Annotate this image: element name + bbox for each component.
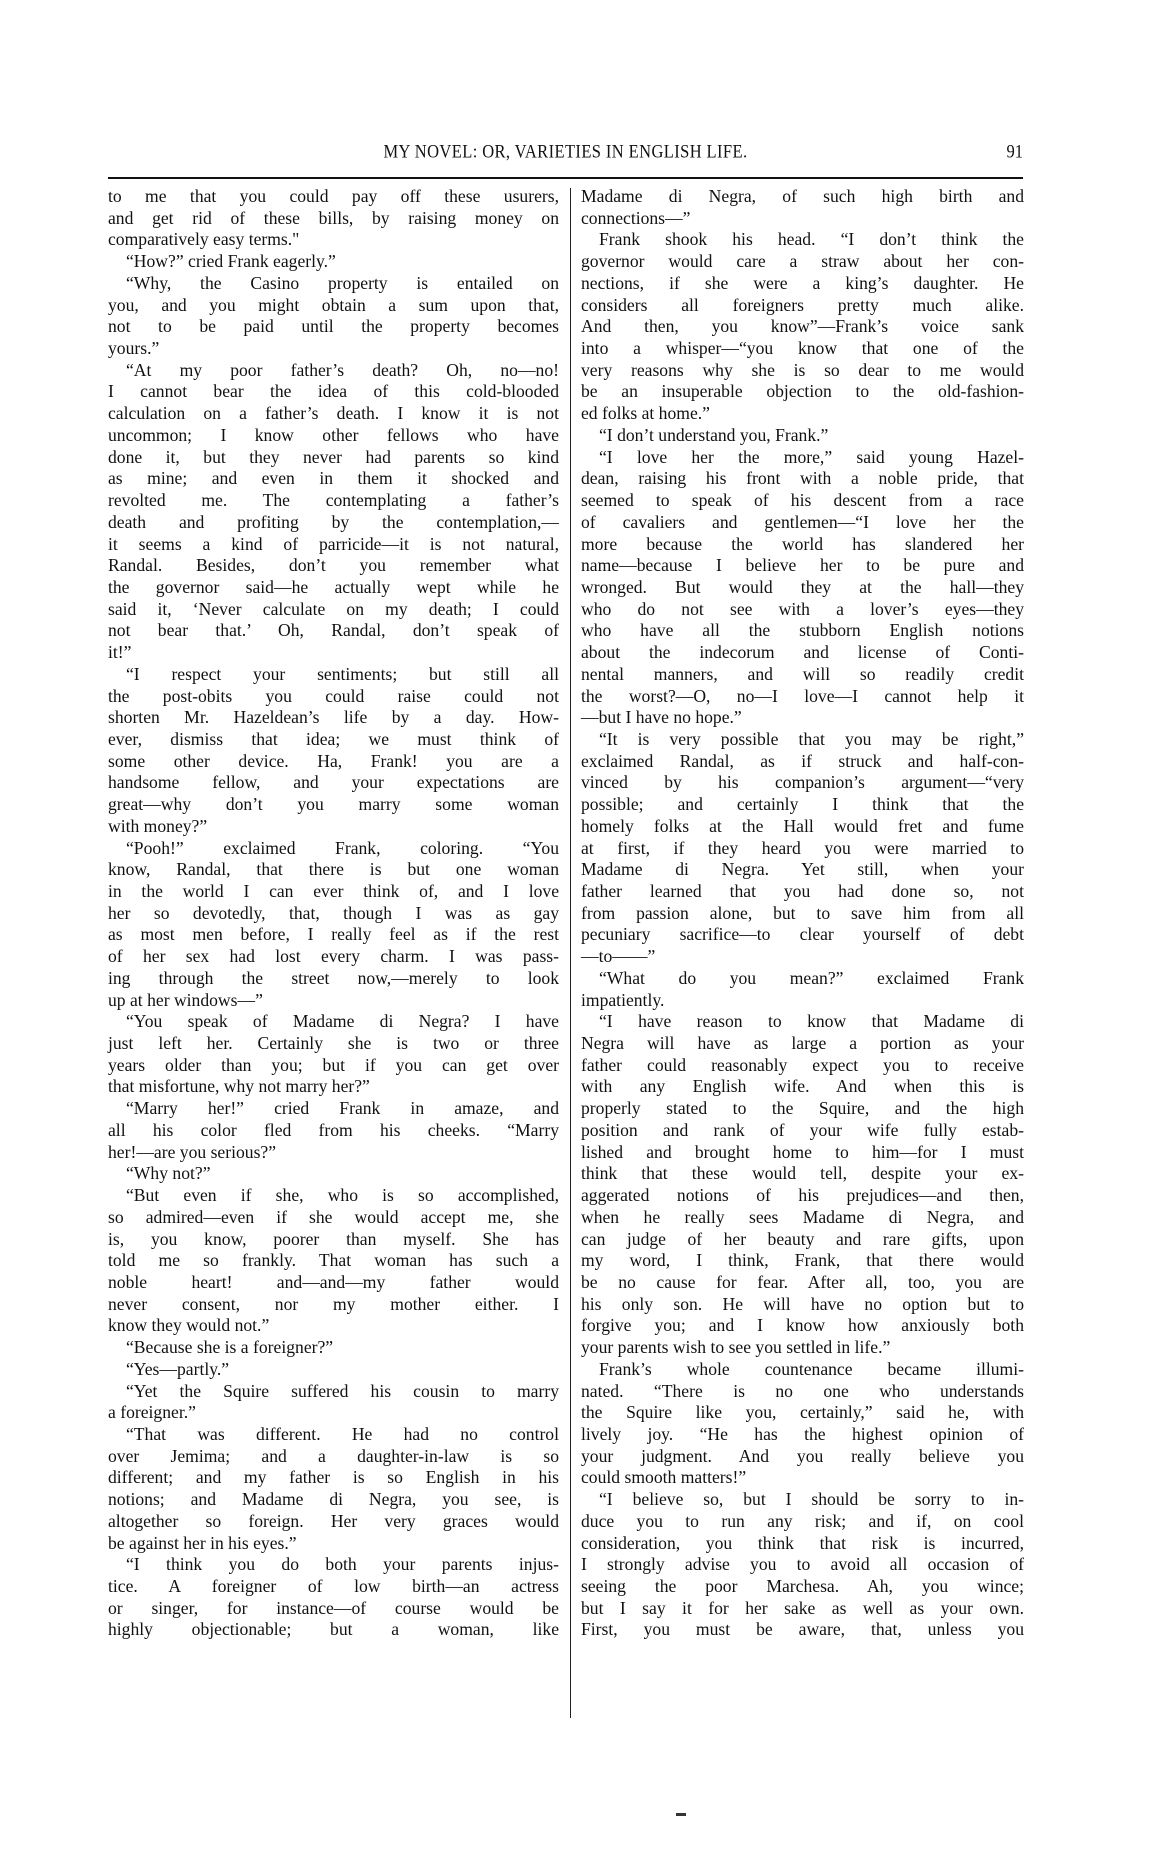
text-line: handsome fellow, and your expectations a… (108, 772, 559, 794)
text-line: vinced by his companion’s argument—“very (581, 772, 1024, 794)
page-number: 91 (1007, 140, 1024, 163)
text-line: years older than you; but if you can get… (108, 1055, 559, 1077)
text-line: “Why not?” (108, 1163, 559, 1185)
text-line: never consent, nor my mother either. I (108, 1294, 559, 1316)
text-line: Negra will have as large a portion as yo… (581, 1033, 1024, 1055)
text-line: lished and brought home to him—for I mus… (581, 1142, 1024, 1164)
text-line: his only son. He will have no option but… (581, 1294, 1024, 1316)
text-line: yours.” (108, 338, 559, 360)
text-line: your judgment. And you really believe yo… (581, 1446, 1024, 1468)
text-line: of cavaliers and gentlemen—“I love her t… (581, 512, 1024, 534)
text-line: aggerated notions of his prejudices—and … (581, 1185, 1024, 1207)
text-line: tice. A foreigner of low birth—an actres… (108, 1576, 559, 1598)
text-line: nections, if she were a king’s daughter.… (581, 273, 1024, 295)
text-line: notions; and Madame di Negra, you see, i… (108, 1489, 559, 1511)
text-line: some other device. Ha, Frank! you are a (108, 751, 559, 773)
text-line: Randal. Besides, don’t you remember what (108, 555, 559, 577)
text-line: think that these would tell, despite you… (581, 1163, 1024, 1185)
text-line: “Because she is a foreigner?” (108, 1337, 559, 1359)
text-line: be an insuperable objection to the old-f… (581, 381, 1024, 403)
text-line: it seems a kind of parricide—it is not n… (108, 534, 559, 556)
text-line: seemed to speak of his descent from a ra… (581, 490, 1024, 512)
left-column: to me that you could pay off these usure… (108, 186, 559, 1641)
text-line: not bear that.’ Oh, Randal, don’t speak … (108, 620, 559, 642)
text-line: “Pooh!” exclaimed Frank, coloring. “You (108, 838, 559, 860)
text-line: into a whisper—“you know that one of the (581, 338, 1024, 360)
text-line: wronged. But would they at the hall—they (581, 577, 1024, 599)
text-line: with any English wife. And when this is (581, 1076, 1024, 1098)
text-line: who do not see with a lover’s eyes—they (581, 599, 1024, 621)
text-line: as mine; and even in them it shocked and (108, 468, 559, 490)
text-line: a foreigner.” (108, 1402, 559, 1424)
text-line: the Squire like you, certainly,” said he… (581, 1402, 1024, 1424)
text-line: to me that you could pay off these usure… (108, 186, 559, 208)
text-line: properly stated to the Squire, and the h… (581, 1098, 1024, 1120)
text-line: “Yes—partly.” (108, 1359, 559, 1381)
text-line: death and profiting by the contemplation… (108, 512, 559, 534)
text-line: connections—” (581, 208, 1024, 230)
text-line: the worst?—O, no—I love—I cannot help it (581, 686, 1024, 708)
text-line: in the world I can ever think of, and I … (108, 881, 559, 903)
text-line: “What do you mean?” exclaimed Frank (581, 968, 1024, 990)
header-rule (108, 177, 1023, 179)
text-line: Frank’s whole countenance became illumi- (581, 1359, 1024, 1381)
text-line: “I respect your sentiments; but still al… (108, 664, 559, 686)
text-line: uncommon; I know other fellows who have (108, 425, 559, 447)
text-line: Madame di Negra. Yet still, when your (581, 859, 1024, 881)
right-column: Madame di Negra, of such high birth andc… (581, 186, 1024, 1641)
text-line: over Jemima; and a daughter-in-law is so (108, 1446, 559, 1468)
text-line: as most men before, I really feel as if … (108, 924, 559, 946)
text-line: shorten Mr. Hazeldean’s life by a day. H… (108, 707, 559, 729)
print-smudge (676, 1813, 686, 1816)
text-line: with money?” (108, 816, 559, 838)
text-line: told me so frankly. That woman has such … (108, 1250, 559, 1272)
text-line: be against her in his eyes.” (108, 1533, 559, 1555)
text-line: “But even if she, who is so accomplished… (108, 1185, 559, 1207)
text-line: said it, ‘Never calculate on my death; I… (108, 599, 559, 621)
text-line: Madame di Negra, of such high birth and (581, 186, 1024, 208)
text-line: “Marry her!” cried Frank in amaze, and (108, 1098, 559, 1120)
text-line: nated. “There is no one who understands (581, 1381, 1024, 1403)
text-line: the governor said—he actually wept while… (108, 577, 559, 599)
text-line: her so devotedly, that, though I was as … (108, 903, 559, 925)
text-line: consideration, you think that risk is in… (581, 1533, 1024, 1555)
text-line: father learned that you had done so, not (581, 881, 1024, 903)
text-line: but I say it for her sake as well as you… (581, 1598, 1024, 1620)
text-line: it!” (108, 642, 559, 664)
text-line: could smooth matters!” (581, 1467, 1024, 1489)
text-line: —but I have no hope.” (581, 707, 1024, 729)
text-line: nental manners, and will so readily cred… (581, 664, 1024, 686)
text-line: homely folks at the Hall would fret and … (581, 816, 1024, 838)
text-line: calculation on a father’s death. I know … (108, 403, 559, 425)
text-line: dean, raising his front with a noble pri… (581, 468, 1024, 490)
text-line: different; and my father is so English i… (108, 1467, 559, 1489)
text-line: I cannot bear the idea of this cold-bloo… (108, 381, 559, 403)
text-line: —to——” (581, 946, 1024, 968)
text-line: comparatively easy terms." (108, 229, 559, 251)
text-line: “It is very possible that you may be rig… (581, 729, 1024, 751)
text-line: ed folks at home.” (581, 403, 1024, 425)
text-line: “I think you do both your parents injus- (108, 1554, 559, 1576)
text-line: more because the world has slandered her (581, 534, 1024, 556)
text-line: of her sex had lost every charm. I was p… (108, 946, 559, 968)
text-line: revolted me. The contemplating a father’… (108, 490, 559, 512)
text-line: know they would not.” (108, 1315, 559, 1337)
text-line: pecuniary sacrifice—to clear yourself of… (581, 924, 1024, 946)
text-line: ever, dismiss that idea; we must think o… (108, 729, 559, 751)
text-line: and get rid of these bills, by raising m… (108, 208, 559, 230)
text-line: lively joy. “He has the highest opinion … (581, 1424, 1024, 1446)
text-line: name—because I believe her to be pure an… (581, 555, 1024, 577)
text-line: very reasons why she is so dear to me wo… (581, 360, 1024, 382)
text-line: up at her windows—” (108, 990, 559, 1012)
text-line: Frank shook his head. “I don’t think the (581, 229, 1024, 251)
text-line: altogether so foreign. Her very graces w… (108, 1511, 559, 1533)
text-line: “You speak of Madame di Negra? I have (108, 1011, 559, 1033)
text-line: governor would care a straw about her co… (581, 251, 1024, 273)
text-line: you, and you might obtain a sum upon tha… (108, 295, 559, 317)
text-line: about the indecorum and license of Conti… (581, 642, 1024, 664)
text-line: impatiently. (581, 990, 1024, 1012)
text-line: And then, you know”—Frank’s voice sank (581, 316, 1024, 338)
text-line: “How?” cried Frank eagerly.” (108, 251, 559, 273)
text-line: “Yet the Squire suffered his cousin to m… (108, 1381, 559, 1403)
column-divider (570, 188, 571, 1718)
text-line: “At my poor father’s death? Oh, no—no! (108, 360, 559, 382)
running-header: MY NOVEL: OR, VARIETIES IN ENGLISH LIFE.… (108, 140, 1023, 170)
text-line: “I believe so, but I should be sorry to … (581, 1489, 1024, 1511)
text-line: position and rank of your wife fully est… (581, 1120, 1024, 1142)
text-line: when he really sees Madame di Negra, and (581, 1207, 1024, 1229)
text-line: forgive you; and I know how anxiously bo… (581, 1315, 1024, 1337)
text-line: “That was different. He had no control (108, 1424, 559, 1446)
text-line: I strongly advise you to avoid all occas… (581, 1554, 1024, 1576)
text-line: “I have reason to know that Madame di (581, 1011, 1024, 1033)
text-line: is, you know, poorer than myself. She ha… (108, 1229, 559, 1251)
text-line: “Why, the Casino property is entailed on (108, 273, 559, 295)
text-line: so admired—even if she would accept me, … (108, 1207, 559, 1229)
text-line: done it, but they never had parents so k… (108, 447, 559, 469)
text-line: noble heart! and—and—my father would (108, 1272, 559, 1294)
text-line: who have all the stubborn English notion… (581, 620, 1024, 642)
text-line: her!—are you serious?” (108, 1142, 559, 1164)
text-line: at first, if they heard you were married… (581, 838, 1024, 860)
text-line: First, you must be aware, that, unless y… (581, 1619, 1024, 1641)
text-line: from passion alone, but to save him from… (581, 903, 1024, 925)
text-line: not to be paid until the property become… (108, 316, 559, 338)
text-line: my word, I think, Frank, that there woul… (581, 1250, 1024, 1272)
text-line: ing through the street now,—merely to lo… (108, 968, 559, 990)
text-line: duce you to run any risk; and if, on coo… (581, 1511, 1024, 1533)
text-line: exclaimed Randal, as if struck and half-… (581, 751, 1024, 773)
text-line: father could reasonably expect you to re… (581, 1055, 1024, 1077)
text-line: your parents wish to see you settled in … (581, 1337, 1024, 1359)
text-line: know, Randal, that there is but one woma… (108, 859, 559, 881)
text-line: that misfortune, why not marry her?” (108, 1076, 559, 1098)
text-line: can judge of her beauty and rare gifts, … (581, 1229, 1024, 1251)
text-line: just left her. Certainly she is two or t… (108, 1033, 559, 1055)
text-line: considers all foreigners pretty much ali… (581, 295, 1024, 317)
text-line: the post-obits you could raise could not (108, 686, 559, 708)
text-line: “I don’t understand you, Frank.” (581, 425, 1024, 447)
text-line: great—why don’t you marry some woman (108, 794, 559, 816)
text-line: seeing the poor Marchesa. Ah, you wince; (581, 1576, 1024, 1598)
text-line: highly objectionable; but a woman, like (108, 1619, 559, 1641)
text-line: be no cause for fear. After all, too, yo… (581, 1272, 1024, 1294)
text-line: all his color fled from his cheeks. “Mar… (108, 1120, 559, 1142)
text-line: possible; and certainly I think that the (581, 794, 1024, 816)
running-title: MY NOVEL: OR, VARIETIES IN ENGLISH LIFE. (108, 140, 1023, 163)
text-line: “I love her the more,” said young Hazel- (581, 447, 1024, 469)
text-line: or singer, for instance—of course would … (108, 1598, 559, 1620)
